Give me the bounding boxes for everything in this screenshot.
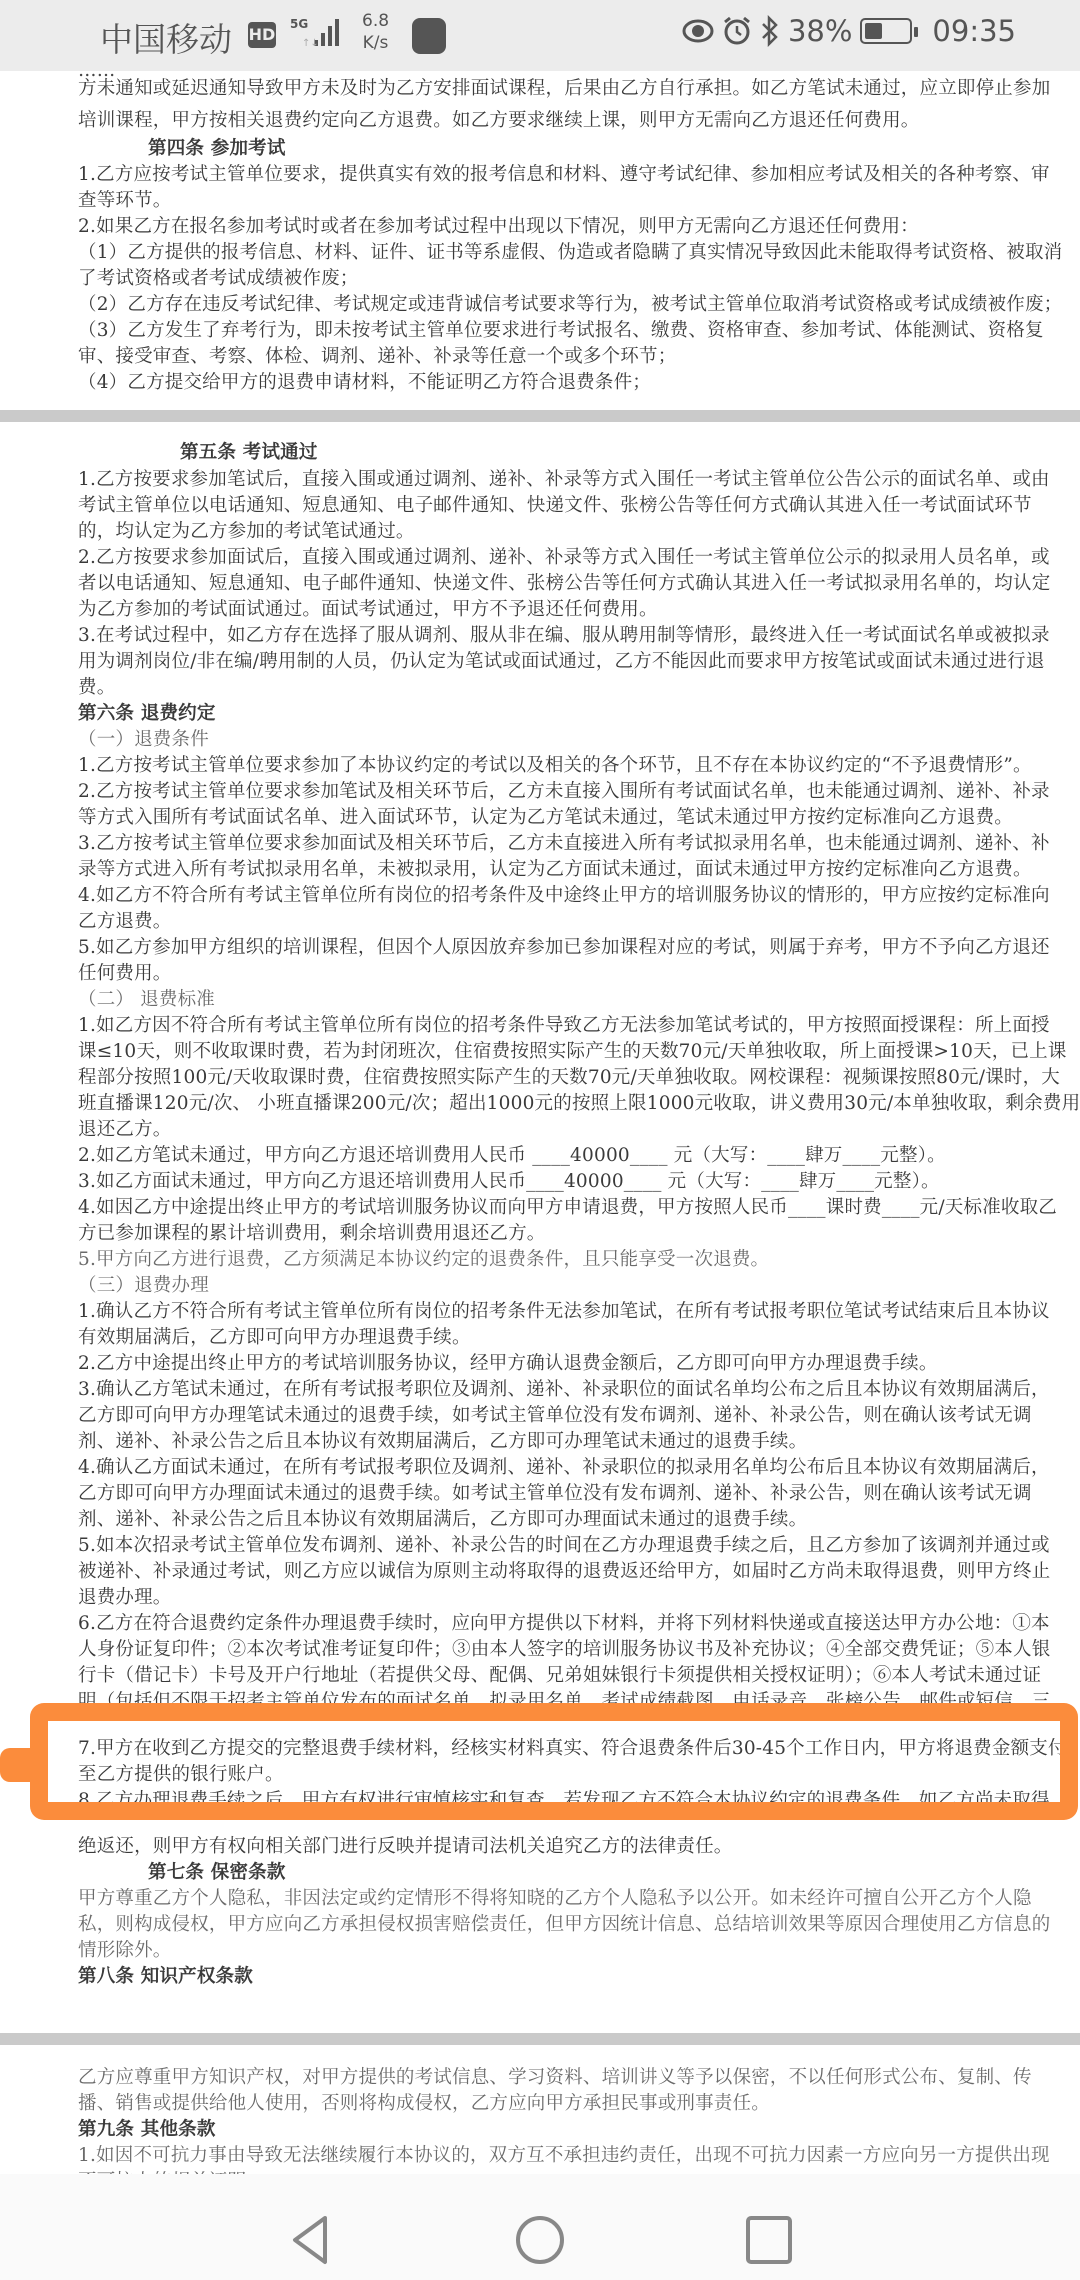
refund-interview-fail-amount: 3.如乙方面试未通过，甲方向乙方退还培训费用人民币____40000____ 元… <box>78 1167 940 1193</box>
doc-line: 1.乙方按考试主管单位要求参加了本协议约定的考试以及相关的各个环节，且不存在本协… <box>78 751 1032 777</box>
section-heading: 第七条 保密条款 <box>148 1858 286 1884</box>
doc-line: 退还乙方。 <box>78 1115 172 1141</box>
status-icons: 38% 09:35 <box>682 14 1016 48</box>
doc-line: 5.甲方向乙方进行退费，乙方须满足本协议约定的退费条件，且只能享受一次退费。 <box>78 1245 769 1271</box>
doc-line: （3）乙方发生了弃考行为，即未按考试主管单位要求进行考试报名、缴费、资格审查、参… <box>78 316 1044 342</box>
doc-line: 退费办理。 <box>78 1583 172 1609</box>
recents-button[interactable] <box>744 2214 794 2266</box>
doc-line: 乙方应尊重甲方知识产权，对甲方提供的考试信息、学习资料、培训讲义等予以保密，不以… <box>78 2063 1032 2089</box>
doc-line: 甲方尊重乙方个人隐私，非因法定或约定情形不得将知晓的乙方个人隐私予以公开。如未经… <box>78 1884 1032 1910</box>
refund-written-fail-amount: 2.如乙方笔试未通过，甲方向乙方退还培训费用人民币 ____40000____ … <box>78 1141 946 1167</box>
doc-line: 班直播课120元/次、 小班直播课200元/次；超出1000元的按照上限1000… <box>78 1089 1080 1115</box>
doc-line: 方未通知或延迟通知导致甲方未及时为乙方安排面试课程，后果由乙方自行承担。如乙方笔… <box>78 74 1050 100</box>
doc-line: 剂、递补、补录公告之后且本协议有效期届满后，乙方即可办理笔试未通过的退费手续。 <box>78 1427 807 1453</box>
hd-voice-icon: HD <box>248 22 276 48</box>
doc-line: 的，均认定为乙方参加的考试笔试通过。 <box>78 517 415 543</box>
doc-line: 播、销售或提供给他人使用，否则将构成侵权，乙方应向甲方承担民事或刑事责任。 <box>78 2089 770 2115</box>
doc-line: 被递补、补录通过考试，则乙方应以诚信为原则主动将取得的退费返还给甲方，如届时乙方… <box>78 1557 1050 1583</box>
doc-line: 2.乙方按考试主管单位要求参加笔试及相关环节后，乙方未直接入围所有考试面试名单，… <box>78 777 1050 803</box>
speed-unit: K/s <box>362 32 389 54</box>
carrier-name: 中国移动 <box>100 14 232 61</box>
doc-line: 人身份证复印件；②本次考试准考证复印件；③由本人签字的培训服务协议书及补充协议；… <box>78 1635 1050 1661</box>
doc-line: 私，则构成侵权，甲方应向乙方承担侵权损害赔偿责任，但甲方因统计信息、总结培训效果… <box>78 1910 1050 1936</box>
subsection-heading: （二） 退费标准 <box>78 985 215 1011</box>
bluetooth-icon <box>760 15 780 47</box>
signal-strength-icon: ↑↓ <box>302 18 342 48</box>
doc-line: 3.乙方按考试主管单位要求参加面试及相关环节后，乙方未直接进入所有考试拟录用名单… <box>78 829 1050 855</box>
doc-line: 1.如因不可抗力事由导致无法继续履行本协议的，双方互不承担违约责任，出现不可抗力… <box>78 2141 1050 2167</box>
clock: 09:35 <box>932 14 1016 48</box>
doc-line: 审、接受审查、考察、体检、调剂、递补、补录等任意一个或多个环节； <box>78 342 676 368</box>
highlight-box <box>30 1703 1078 1820</box>
battery-icon <box>860 18 912 44</box>
doc-line: 查等环节。 <box>78 186 172 212</box>
doc-line: 培训课程，甲方按相关退费约定向乙方退费。如乙方要求继续上课，则甲方无需向乙方退还… <box>78 106 920 132</box>
page-separator <box>0 2033 1080 2045</box>
subsection-heading: （三）退费办理 <box>78 1271 209 1297</box>
doc-line: 1.乙方按要求参加笔试后，直接入围或通过调剂、递补、补录等方式入围任一考试主管单… <box>78 465 1050 491</box>
section-heading: 第九条 其他条款 <box>78 2115 216 2141</box>
doc-line: 者以电话通知、短息通知、电子邮件通知、快递文件、张榜公告等任何方式确认其进入任一… <box>78 569 1050 595</box>
doc-line: 为乙方参加的考试面试通过。面试考试通过，甲方不予退还任何费用。 <box>78 595 658 621</box>
doc-line: 行卡（借记卡）卡号及开户行地址（若提供父母、配偶、兄弟姐妹银行卡须提供相关授权证… <box>78 1661 1041 1687</box>
svg-text:↑↓: ↑↓ <box>302 38 319 48</box>
network-speed: 6.8 K/s <box>362 10 389 54</box>
document-viewer[interactable]: …… 方未通知或延迟通知导致甲方未及时为乙方安排面试课程，后果由乙方自行承担。如… <box>0 0 1080 2280</box>
section-heading: 第五条 考试通过 <box>180 438 318 464</box>
subsection-heading: （一）退费条件 <box>78 725 209 751</box>
eye-comfort-icon <box>682 17 714 45</box>
doc-line: 2.如果乙方在报名参加考试时或者在参加考试过程中出现以下情况，则甲方无需向乙方退… <box>78 212 919 238</box>
doc-line: 录等方式进入所有考试拟录用名单，未被拟录用，认定为乙方面试未通过，面试未通过甲方… <box>78 855 1032 881</box>
doc-line: 费。 <box>78 673 115 699</box>
home-button[interactable] <box>515 2214 565 2266</box>
doc-line: 方已参加课程的累计培训费用，剩余培训费用退还乙方。 <box>78 1219 546 1245</box>
doc-line: 3.在考试过程中，如乙方存在选择了服从调剂、服从非在编、服从聘用制等情形，最终进… <box>78 621 1050 647</box>
doc-line: 4.如乙方不符合所有考试主管单位所有岗位的招考条件及中途终止甲方的培训服务协议的… <box>78 881 1050 907</box>
doc-line: 6.乙方在符合退费约定条件办理退费手续时，应向甲方提供以下材料，并将下列材料快递… <box>78 1609 1050 1635</box>
doc-line: 用为调剂岗位/非在编/聘用制的人员，仍认定为笔试或面试通过，乙方不能因此而要求甲… <box>78 647 1045 673</box>
navigation-bar <box>0 2174 1080 2280</box>
doc-line: （1）乙方提供的报考信息、材料、证件、证书等系虚假、伪造或者隐瞒了真实情况导致因… <box>78 238 1062 264</box>
doc-line: 了考试资格或者考试成绩被作废； <box>78 264 359 290</box>
doc-line: 乙方即可向甲方办理面试未通过的退费手续。如考试主管单位没有发布调剂、递补、补录公… <box>78 1479 1032 1505</box>
notification-app-icon <box>412 18 446 54</box>
doc-line: 乙方退费。 <box>78 907 172 933</box>
doc-line: （2）乙方存在违反考试纪律、考试规定或违背诚信考试要求等行为，被考试主管单位取消… <box>78 290 1062 316</box>
doc-line: 2.乙方按要求参加面试后，直接入围或通过调剂、递补、补录等方式入围任一考试主管单… <box>78 543 1050 569</box>
doc-line: 任何费用。 <box>78 959 172 985</box>
section-heading: 第八条 知识产权条款 <box>78 1962 253 1988</box>
doc-line: 课≤10天，则不收取课时费，若为封闭班次，住宿费按照实际产生的天数70元/天单独… <box>78 1037 1067 1063</box>
highlight-tab <box>0 1748 34 1782</box>
doc-line: （4）乙方提交给甲方的退费申请材料，不能证明乙方符合退费条件； <box>78 368 651 394</box>
doc-line: 2.乙方中途提出终止甲方的考试培训服务协议，经甲方确认退费金额后，乙方即可向甲方… <box>78 1349 938 1375</box>
section-heading: 第四条 参加考试 <box>148 134 286 160</box>
status-bar: 中国移动 HD 5G ↑↓ 6.8 K/s 38% 09:35 <box>0 0 1080 71</box>
doc-line: 5.如本次招录考试主管单位发布调剂、递补、补录公告的时间在乙方办理退费手续之后，… <box>78 1531 1050 1557</box>
doc-line: 5.如乙方参加甲方组织的培训课程，但因个人原因放弃参加已参加课程对应的考试，则属… <box>78 933 1050 959</box>
doc-line: 1.如乙方因不符合所有考试主管单位所有岗位的招考条件导致乙方无法参加笔试考试的，… <box>78 1011 1050 1037</box>
doc-line: 有效期届满后，乙方即可向甲方办理退费手续。 <box>78 1323 471 1349</box>
doc-line: 绝返还，则甲方有权向相关部门进行反映并提请司法机关追究乙方的法律责任。 <box>78 1832 733 1858</box>
back-button[interactable] <box>285 2214 335 2266</box>
alarm-icon <box>722 16 752 46</box>
doc-line: 1.确认乙方不符合所有考试主管单位所有岗位的招考条件无法参加笔试，在所有考试报考… <box>78 1297 1050 1323</box>
doc-line: 乙方即可向甲方办理笔试未通过的退费手续，如考试主管单位没有发布调剂、递补、补录公… <box>78 1401 1032 1427</box>
section-heading: 第六条 退费约定 <box>78 699 216 725</box>
battery-percent: 38% <box>788 14 852 48</box>
page-separator <box>0 410 1080 422</box>
doc-line: 等方式入围所有考试面试名单、进入面试环节，认定为乙方笔试未通过，笔试未通过甲方按… <box>78 803 1013 829</box>
doc-line: 考试主管单位以电话通知、短息通知、电子邮件通知、快递文件、张榜公告等任何方式确认… <box>78 491 1032 517</box>
speed-value: 6.8 <box>362 10 389 32</box>
doc-line: 程部分按照100元/天收取课时费，住宿费按照实际产生的天数70元/天单独收取。网… <box>78 1063 1060 1089</box>
doc-line: 4.如因乙方中途提出终止甲方的考试培训服务协议而向甲方申请退费，甲方按照人民币_… <box>78 1193 1057 1219</box>
doc-line: 1.乙方应按考试主管单位要求，提供真实有效的报考信息和材料、遵守考试纪律、参加相… <box>78 160 1050 186</box>
doc-line: 剂、递补、补录公告之后且本协议有效期届满后，乙方即可办理面试未通过的退费手续。 <box>78 1505 807 1531</box>
doc-line: 3.确认乙方笔试未通过，在所有考试报考职位及调剂、递补、补录职位的面试名单均公布… <box>78 1375 1050 1401</box>
doc-line: 4.确认乙方面试未通过，在所有考试报考职位及调剂、递补、补录职位的拟录用名单均公… <box>78 1453 1050 1479</box>
doc-line: 情形除外。 <box>78 1936 172 1962</box>
